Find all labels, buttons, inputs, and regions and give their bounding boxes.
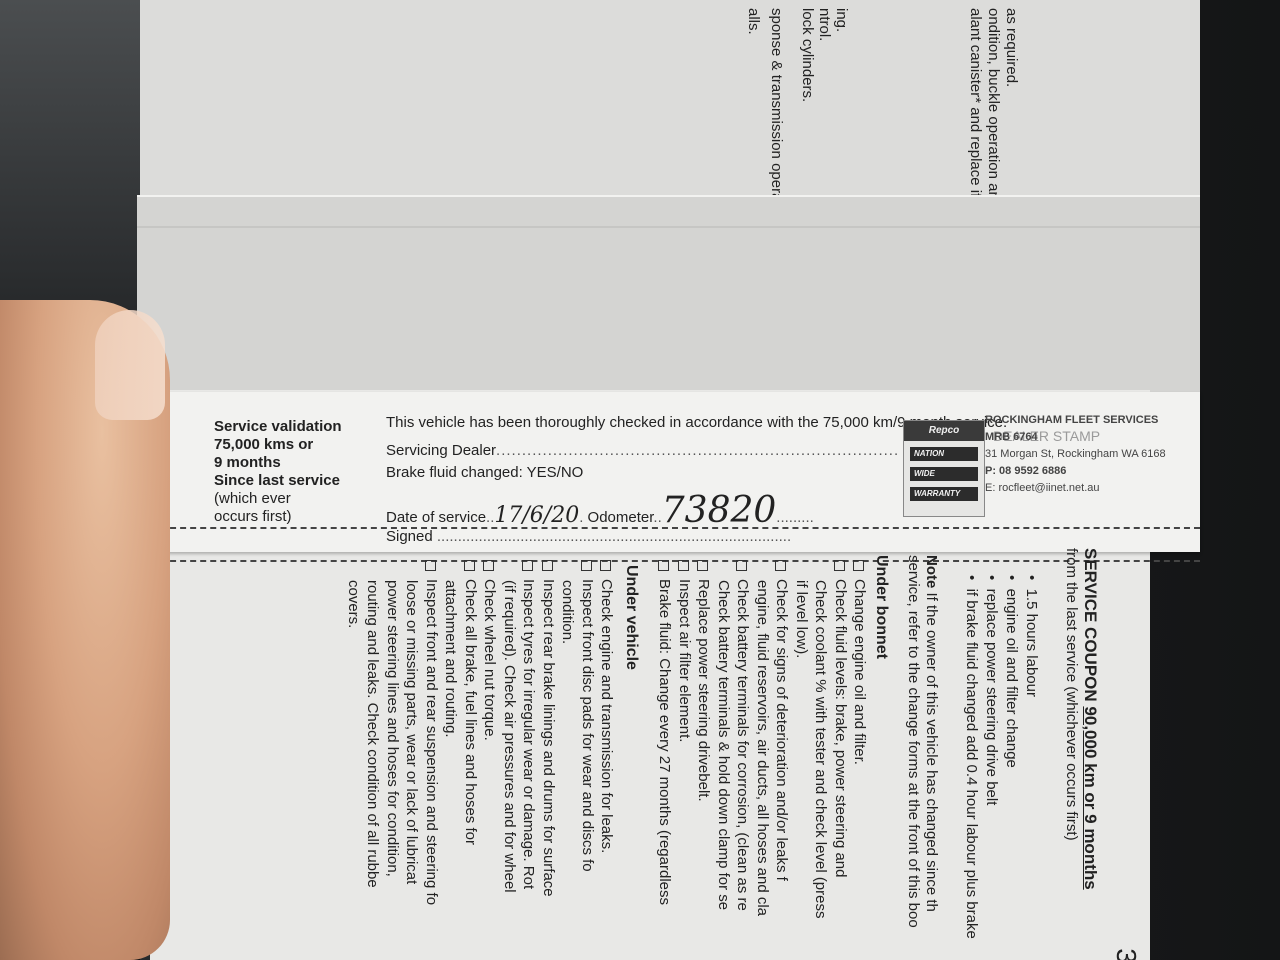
badge: WARRANTY	[910, 487, 978, 501]
checklist-item: Check battery terminals & hold down clam…	[715, 560, 732, 910]
fragment: lock cylinders.	[799, 8, 816, 102]
checklist-item: Check wheel nut torque.	[481, 560, 498, 741]
label-line: occurs first)	[214, 508, 342, 526]
fragment: as required.	[1003, 8, 1020, 87]
checkbox-icon[interactable]	[483, 560, 494, 571]
fragment: ing.	[833, 8, 850, 32]
checklist-item: covers.	[345, 560, 362, 628]
checkbox-icon[interactable]	[658, 560, 669, 571]
date-value: 17/6/20	[494, 503, 579, 528]
checklist-item: if level low).	[793, 560, 810, 658]
checkbox-icon[interactable]	[425, 560, 436, 571]
badge: WIDE	[910, 467, 978, 481]
date-odometer-row: Date of service..17/6/20. Odometer..7382…	[386, 490, 814, 531]
perforation-line	[150, 527, 1200, 529]
under-bonnet-heading: Under bonnet	[872, 555, 890, 659]
servicing-dealer-label: Servicing Dealer	[386, 442, 496, 459]
under-vehicle-heading: Under vehicle	[622, 565, 640, 670]
label-line: (which ever	[214, 490, 342, 508]
coupon-title-interval: 90,000 km or 9 months	[1081, 706, 1100, 889]
servicing-dealer-field: Servicing Dealer........................…	[386, 442, 899, 459]
checklist-item: Check all brake, fuel lines and hoses fo…	[462, 560, 479, 845]
checkbox-icon[interactable]	[853, 560, 864, 571]
coupon-title-bold: SERVICE COUPON	[1081, 548, 1100, 702]
coupon-subtitle: from the last service (whichever occurs …	[1063, 548, 1080, 841]
checklist-item: Check for signs of deterioration and/or …	[773, 560, 790, 881]
booklet-upper-page: as required. ondition, buckle operation …	[140, 0, 1200, 200]
odometer-label: Odometer	[588, 509, 654, 526]
folded-page-flap	[137, 195, 1200, 392]
checklist-item: loose or missing parts, wear or lack of …	[403, 560, 420, 884]
mrb-number: MRB 6764	[985, 429, 1166, 446]
brake-fluid-label: Brake fluid changed: YES/NO	[386, 464, 583, 481]
date-label: Date of service	[386, 509, 486, 526]
checklist-item: Check engine and transmission for leaks.	[598, 560, 615, 853]
note-line: service, refer to the change forms at th…	[905, 555, 922, 928]
checkbox-icon[interactable]	[678, 560, 689, 571]
fold-crease	[137, 226, 1200, 228]
dealer-stamp-text: ROCKINGHAM FLEET SERVICES MRB 6764 31 Mo…	[985, 412, 1166, 497]
fragment: alant canister* and replace if	[967, 8, 984, 197]
checkbox-icon[interactable]	[697, 560, 708, 571]
signed-label: Signed	[386, 528, 433, 545]
checklist-item: Change engine oil and filter.	[851, 560, 868, 765]
checkbox-icon[interactable]	[581, 560, 592, 571]
checkbox-icon[interactable]	[522, 560, 533, 571]
checklist-item: Inspect front and rear suspension and st…	[423, 560, 440, 905]
fragment: alls.	[745, 8, 762, 35]
label-line: Since last service	[214, 472, 342, 490]
email: E: rocfleet@iinet.net.au	[985, 480, 1166, 497]
checklist-item: Inspect rear brake linings and drums for…	[540, 560, 557, 897]
coupon-title: SERVICE COUPON 90,000 km or 9 months	[1080, 548, 1100, 890]
checklist-item: Check battery terminals for corrosion, (…	[734, 560, 751, 911]
checklist-item: Inspect front disc pads for wear and dis…	[579, 560, 596, 872]
checklist-item: power steering lines and hoses for condi…	[384, 560, 401, 877]
checklist-item: engine, fluid reservoirs, air ducts, all…	[754, 560, 771, 916]
fragment: ondition, buckle operation and	[985, 8, 1002, 208]
checklist-item: Check fluid levels: brake, power steerin…	[832, 560, 849, 878]
checkbox-icon[interactable]	[542, 560, 553, 571]
note: Note If the owner of this vehicle has ch…	[923, 555, 940, 912]
checkbox-icon[interactable]	[834, 560, 845, 571]
bullet: • engine oil and filter change	[1003, 575, 1020, 768]
checklist-item: Inspect air filter element.	[676, 560, 693, 742]
signed-field: Signed .................................…	[386, 528, 791, 545]
perforation-line	[150, 560, 1200, 562]
repco-logo-stamp: Repco NATION WIDE WARRANTY	[903, 420, 985, 517]
bullet: • replace power steering drive belt	[983, 575, 1000, 805]
checkbox-icon[interactable]	[464, 560, 475, 571]
checklist-item: attachment and routing.	[442, 560, 459, 738]
business-name: ROCKINGHAM FLEET SERVICES	[985, 412, 1166, 429]
checkbox-icon[interactable]	[600, 560, 611, 571]
checklist-item: Replace power steering drivebelt.	[695, 560, 712, 802]
checklist-item: Brake fluid: Change every 27 months (reg…	[656, 560, 673, 905]
label-line: Service validation	[214, 418, 342, 436]
label-line: 75,000 kms or	[214, 436, 342, 454]
checklist-item: routing and leaks. Check condition of al…	[364, 560, 381, 888]
checklist-item: Inspect tyres for irregular wear or dama…	[520, 560, 537, 889]
validation-label: Service validation 75,000 kms or 9 month…	[214, 418, 342, 526]
address: 31 Morgan St, Rockingham WA 6168	[985, 446, 1166, 463]
label-line: 9 months	[214, 454, 342, 472]
fragment: ntrol.	[816, 8, 833, 41]
checkbox-icon[interactable]	[775, 560, 786, 571]
checklist-item: Check coolant % with tester and check le…	[812, 560, 829, 919]
page-number: 3	[1110, 948, 1142, 960]
phone: P: 08 9592 6886	[985, 463, 1166, 480]
odometer-value: 73820	[662, 490, 777, 531]
thumbnail	[95, 310, 165, 420]
bullet: • 1.5 hours labour	[1023, 575, 1040, 697]
bullet: • if brake fluid changed add 0.4 hour la…	[963, 575, 980, 939]
checkbox-icon[interactable]	[736, 560, 747, 571]
checklist-item: condition.	[559, 560, 576, 644]
badge: NATION	[910, 447, 978, 461]
checklist-item: (if required). Check air pressures and f…	[501, 560, 518, 893]
repco-logo: Repco	[904, 421, 984, 441]
